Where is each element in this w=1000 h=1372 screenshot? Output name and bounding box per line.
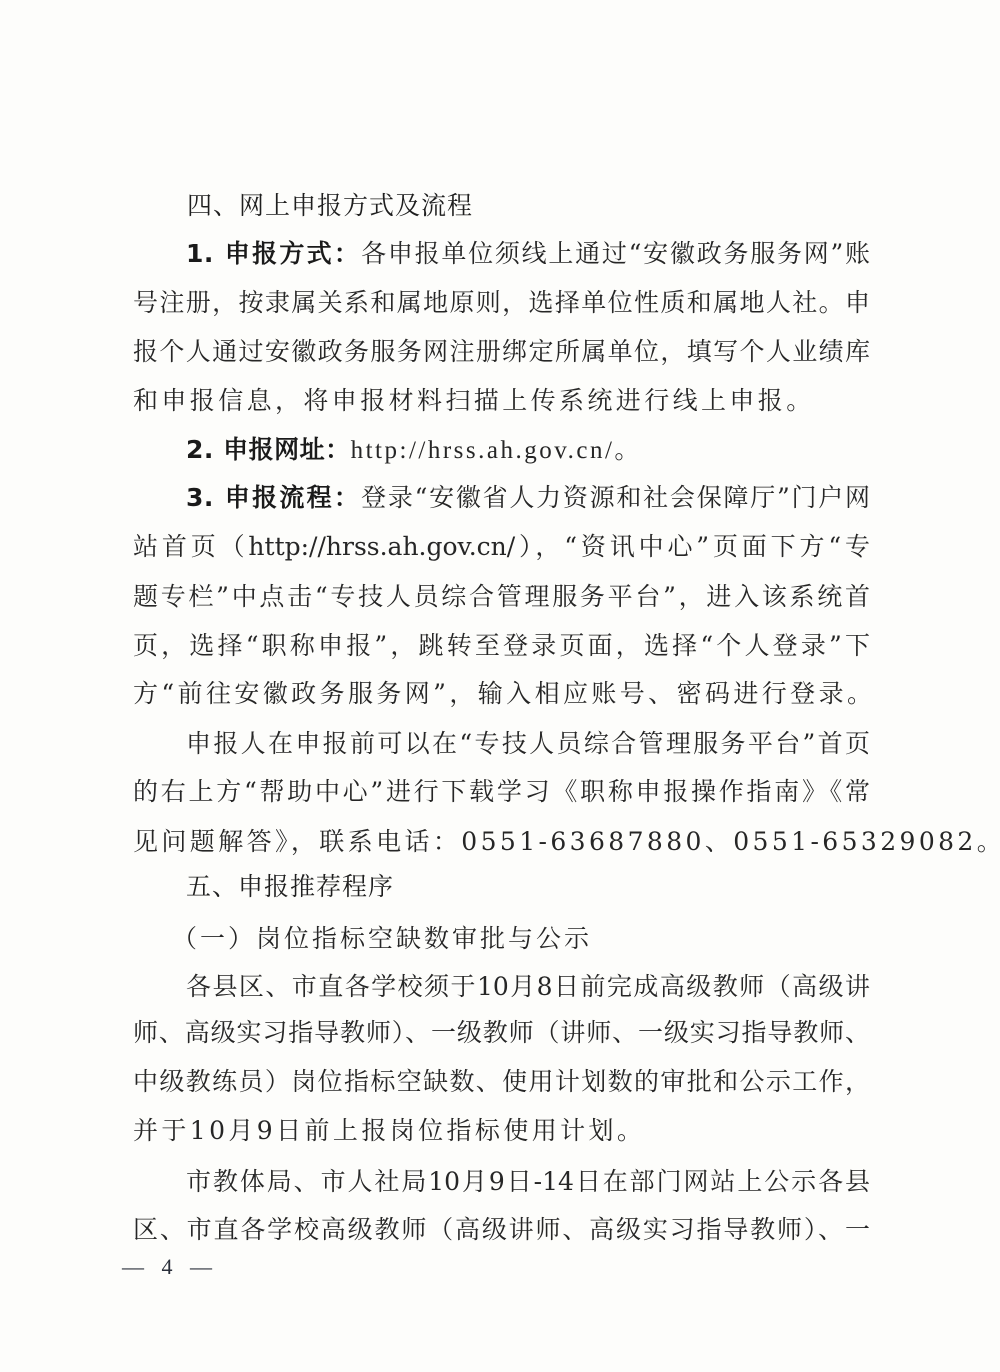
paragraph-line: 2. 申报网址：http://hrss.ah.gov.cn/。 xyxy=(186,435,870,466)
paragraph-line: 3. 申报流程：登录“安徽省人力资源和社会保障厅”门户网 xyxy=(186,483,870,513)
subsection-heading: （一）岗位指标空缺数审批与公示 xyxy=(172,924,909,954)
paragraph-line: 号注册，按隶属关系和属地原则，选择单位性质和属地人社。申 xyxy=(133,288,870,318)
item-text: 各申报单位须线上通过“安徽政务服务网”账 xyxy=(361,239,870,268)
section-heading: 五、申报推荐程序 xyxy=(186,872,923,902)
paragraph-line: 和申报信息，将申报材料扫描上传系统进行线上申报。 xyxy=(133,386,870,416)
paragraph-line: 区、市直各学校高级教师（高级讲师、高级实习指导教师）、一 xyxy=(133,1215,870,1245)
paragraph-line: 各县区、市直各学校须于10月8日前完成高级教师（高级讲 xyxy=(186,972,870,1002)
paragraph-line: 师、高级实习指导教师）、一级教师（讲师、一级实习指导教师、 xyxy=(133,1018,870,1048)
paragraph-line: 申报人在申报前可以在“专技人员综合管理服务平台”首页 xyxy=(186,729,870,759)
paragraph-line: 题专栏”中点击“专技人员综合管理服务平台”，进入该系统首 xyxy=(133,582,870,612)
paragraph-line: 并于10月9日前上报岗位指标使用计划。 xyxy=(133,1116,870,1146)
item-text: 登录“安徽省人力资源和社会保障厅”门户网 xyxy=(361,483,870,512)
paragraph-line: 中级教练员）岗位指标空缺数、使用计划数的审批和公示工作， xyxy=(133,1067,870,1097)
paragraph-line: 报个人通过安徽政务服务网注册绑定所属单位，填写个人业绩库 xyxy=(133,337,870,367)
paragraph-line: 1. 申报方式：各申报单位须线上通过“安徽政务服务网”账 xyxy=(186,239,870,269)
page-number: — 4 — xyxy=(122,1254,218,1280)
section-heading: 四、网上申报方式及流程 xyxy=(187,191,924,221)
item-label: 3. 申报流程： xyxy=(186,483,361,512)
paragraph-line: 见问题解答》，联系电话：0551-63687880、0551-65329082。 xyxy=(133,827,870,857)
paragraph-line: 的右上方“帮助中心”进行下载学习《职称申报操作指南》《常 xyxy=(133,777,870,807)
url-text: http://hrss.ah.gov.cn/。 xyxy=(351,437,642,464)
item-label: 2. 申报网址： xyxy=(186,435,351,464)
paragraph-line: 站首页（http://hrss.ah.gov.cn/），“资讯中心”页面下方“专 xyxy=(133,532,870,562)
paragraph-line: 市教体局、市人社局10月9日-14日在部门网站上公示各县 xyxy=(186,1167,870,1197)
item-label: 1. 申报方式： xyxy=(186,239,361,268)
document-page: 四、网上申报方式及流程 1. 申报方式：各申报单位须线上通过“安徽政务服务网”账… xyxy=(0,0,1000,1372)
paragraph-line: 方“前往安徽政务服务网”，输入相应账号、密码进行登录。 xyxy=(133,679,870,709)
paragraph-line: 页，选择“职称申报”，跳转至登录页面，选择“个人登录”下 xyxy=(133,631,870,661)
